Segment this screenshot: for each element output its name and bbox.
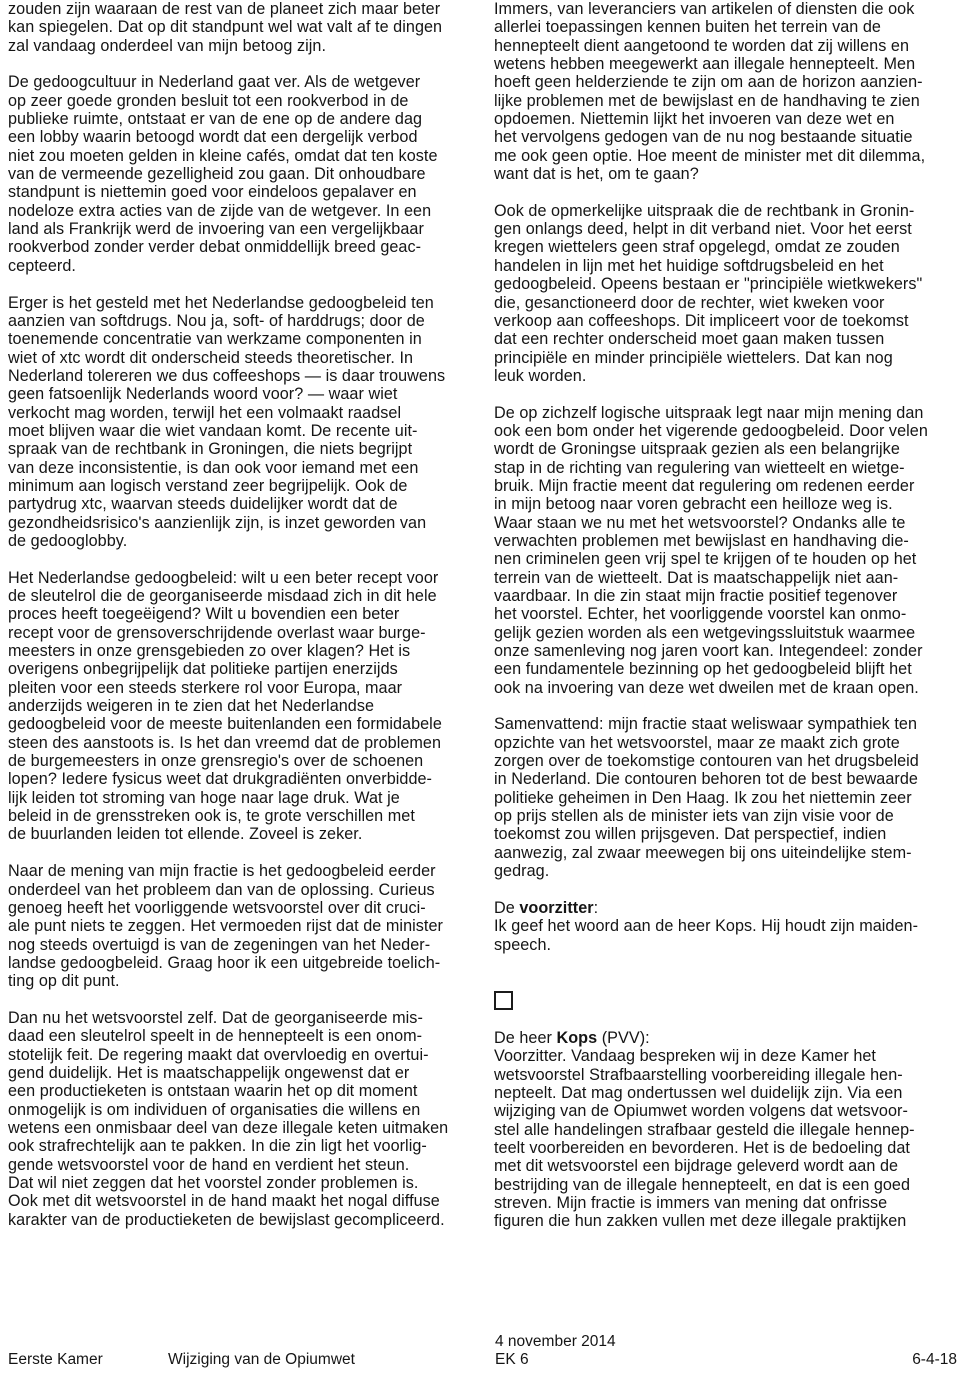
paragraph: De op zichzelf logische uitspraak legt n…	[494, 404, 960, 698]
paragraph: Ook de opmerkelijke uitspraak die de rec…	[494, 202, 960, 385]
speaker-name-voorzitter: voorzitter	[519, 899, 593, 917]
empty-square-marker	[494, 991, 513, 1010]
paragraph: Immers, van leveranciers van artikelen o…	[494, 0, 960, 183]
paragraph: Naar de mening van mijn fractie is het g…	[8, 862, 478, 990]
paragraph: Erger is het gesteld met het Nederlandse…	[8, 294, 478, 551]
speaker-heading-suffix: :	[594, 899, 599, 917]
speaker-heading-suffix: (PVV):	[597, 1029, 650, 1047]
right-column: Immers, van leveranciers van artikelen o…	[494, 0, 960, 1231]
speaker-kops-text: Voorzitter. Vandaag bespreken wij in dez…	[494, 1047, 960, 1230]
footer-date: 4 november 2014	[495, 1333, 616, 1351]
speaker-voorzitter-heading: De voorzitter:	[494, 899, 960, 917]
speaker-voorzitter-block: De voorzitter: Ik geef het woord aan de …	[494, 899, 960, 954]
paragraph: Samenvattend: mijn fractie staat weliswa…	[494, 715, 960, 880]
paragraph: zouden zijn waaraan de rest van de plane…	[8, 0, 478, 55]
paragraph: Dan nu het wetsvoorstel zelf. Dat de geo…	[8, 1009, 478, 1229]
paragraph: De gedoogcultuur in Nederland gaat ver. …	[8, 73, 478, 275]
left-column: zouden zijn waaraan de rest van de plane…	[8, 0, 478, 1247]
speaker-name-kops: Kops	[557, 1029, 598, 1047]
footer-page-number: 6-4-18	[912, 1351, 957, 1369]
paragraph: Het Nederlandse gedoogbeleid: wilt u een…	[8, 569, 478, 844]
speaker-voorzitter-text: Ik geef het woord aan de heer Kops. Hij …	[494, 917, 960, 954]
footer-session-code: EK 6	[495, 1351, 529, 1369]
speaker-heading-prefix: De heer	[494, 1029, 557, 1047]
speaker-kops-block: De heer Kops (PVV): Voorzitter. Vandaag …	[494, 1029, 960, 1231]
speaker-heading-prefix: De	[494, 899, 519, 917]
footer-institution: Eerste Kamer	[8, 1351, 103, 1369]
footer-subject: Wijziging van de Opiumwet	[168, 1351, 355, 1369]
speaker-kops-heading: De heer Kops (PVV):	[494, 1029, 960, 1047]
